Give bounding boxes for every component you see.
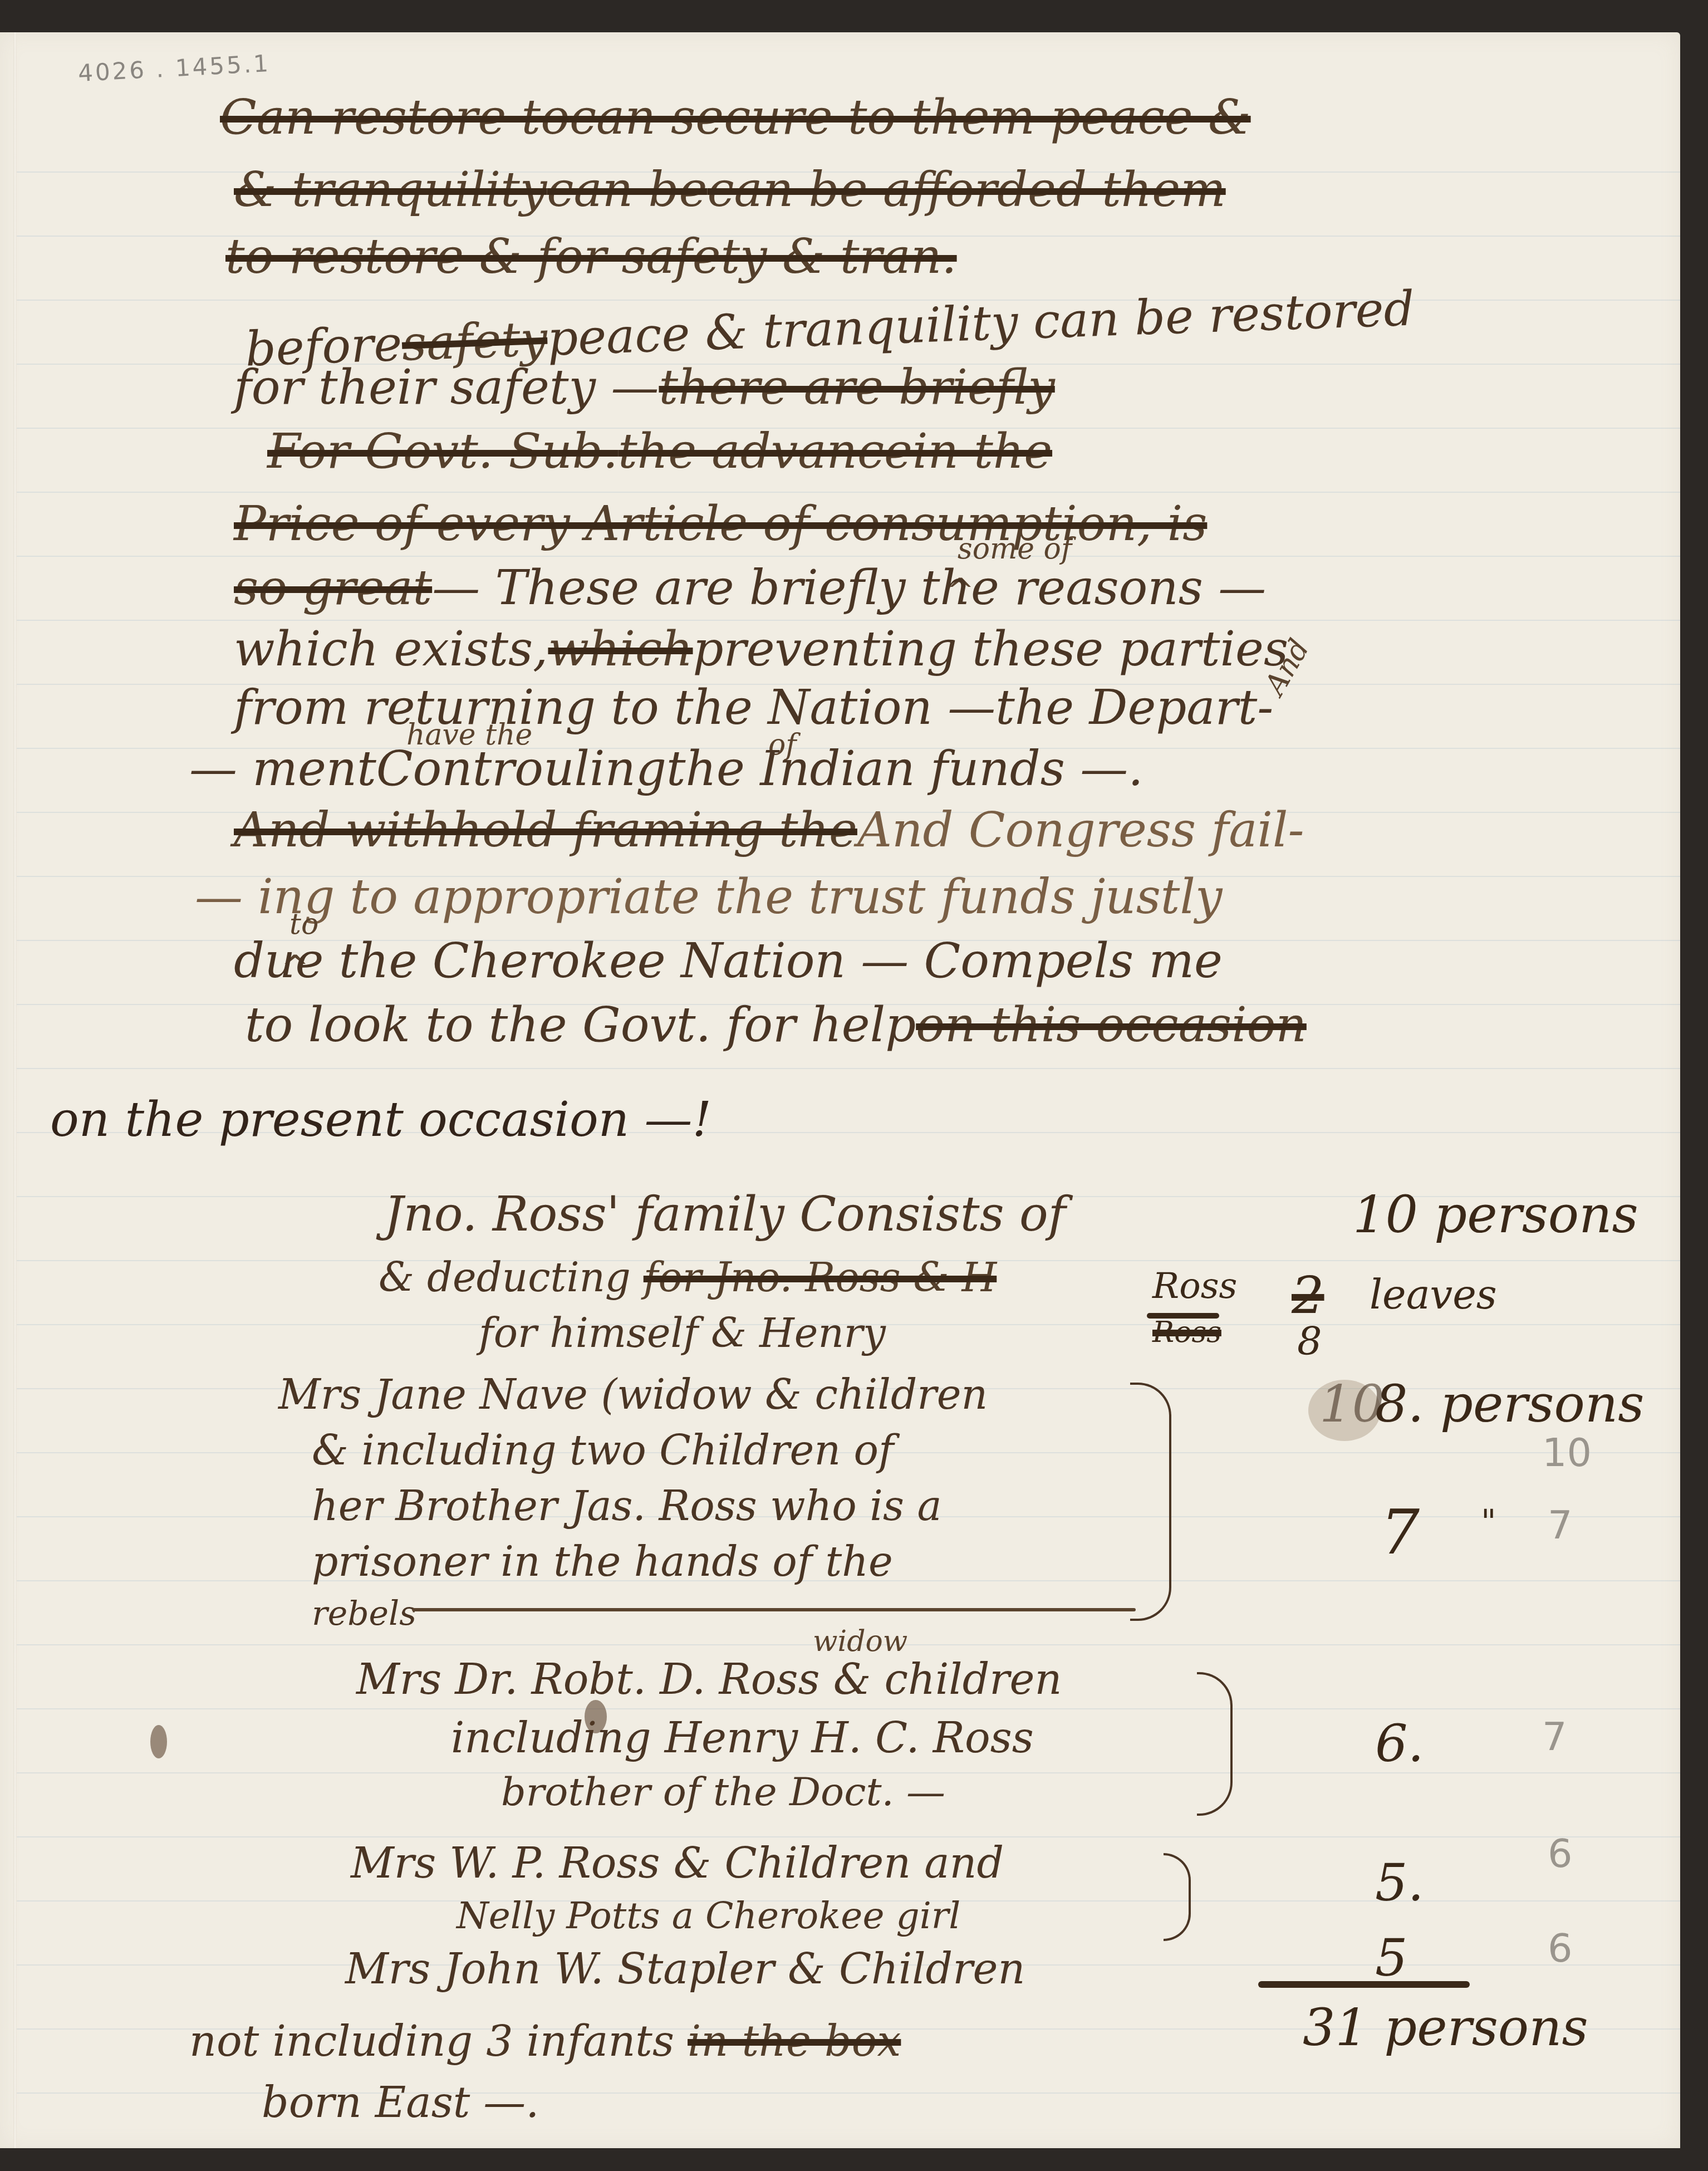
text: from returning to the Nation — — [234, 684, 995, 732]
text: — ing to appropriate the trust funds jus… — [195, 873, 1223, 921]
ditto-mark: " — [1481, 1502, 1496, 1541]
entry-4-count: 5 — [1375, 1928, 1408, 1988]
entry-3-brace — [1164, 1853, 1191, 1941]
body-line-14: due the Cherokee Nation — Compels me — [234, 937, 1223, 985]
text: preventing these parties — [693, 625, 1289, 673]
manuscript-page: 4026 . 1455.1 Can restore to can secure … — [0, 32, 1680, 2148]
body-line-3: to restore & for safety & tran. — [225, 233, 957, 281]
body-line-2: & tranquility can be can be afforded the… — [234, 166, 1226, 214]
entry-4-line-1: Mrs John W. Stapler & Children — [345, 1948, 1025, 1990]
struck-text: which — [548, 625, 693, 673]
family-header-count: 10 persons — [1353, 1185, 1638, 1244]
entry-1-rule — [412, 1608, 1136, 1611]
struck-text: For Govt. Sub. — [267, 428, 618, 476]
entry-2-brace — [1197, 1672, 1233, 1816]
entry-3-count: 5. — [1375, 1853, 1424, 1913]
struck-text: on this occasion — [916, 1001, 1307, 1049]
footnote-line-2: born East —. — [262, 2081, 539, 2124]
deduction-measure-struck: Ross — [1152, 1316, 1221, 1349]
family-total: 31 persons — [1303, 1998, 1588, 2057]
entry-2-line-2: including Henry H. C. Ross — [451, 1717, 1034, 1759]
struck-text: And withhold framing the — [234, 806, 857, 854]
entry-1-line-5: rebels — [312, 1597, 416, 1630]
text: — ment — [189, 745, 376, 793]
body-line-10: from returning to the Nation — the Depar… — [234, 684, 1273, 732]
body-line-13: — ing to appropriate the trust funds jus… — [195, 873, 1223, 921]
body-line-11: — ment Controuling the Indian funds —. — [189, 745, 1143, 793]
struck-text: can secure to them peace & — [570, 94, 1251, 141]
entry-4-pencil-revision: 6 — [1548, 1925, 1573, 1971]
struck-text: in the box — [688, 2020, 901, 2062]
deduction-result-label: leaves — [1370, 1271, 1497, 1318]
struck-text: can be — [547, 166, 707, 214]
page-fold — [13, 32, 17, 2148]
entry-2-pencil-revision: 7 — [1542, 1714, 1567, 1760]
struck-text: there are briefly — [659, 364, 1054, 411]
struck-text: can be afforded them — [707, 166, 1225, 214]
entry-2-line-1: Mrs Dr. Robt. D. Ross & children — [356, 1658, 1062, 1700]
footnote-line-1: not including 3 infants in the box — [189, 2020, 901, 2062]
catalog-number: 4026 . 1455.1 — [77, 50, 271, 87]
deduction-line-2: for himself & Henry — [479, 1313, 886, 1353]
entry-1-second-count: 7 — [1381, 1497, 1420, 1568]
text: And Congress fail- — [857, 806, 1304, 854]
entry-1-count: 8. persons — [1375, 1374, 1644, 1434]
text: due the Cherokee Nation — Compels me — [234, 937, 1223, 985]
text: & deducting — [379, 1257, 631, 1297]
text: peace & tranquility can be restored — [547, 285, 1415, 362]
struck-text: to restore & for safety & tran. — [225, 233, 957, 281]
struck-text: the advance — [618, 428, 912, 476]
entry-3-line-1: Mrs W. P. Ross & Children and — [351, 1842, 1004, 1884]
deduction-struck-value: 2 — [1292, 1266, 1324, 1325]
body-line-6: For Govt. Sub. the advance in the — [267, 428, 1052, 476]
entry-1-line-4: prisoner in the hands of the — [312, 1541, 893, 1582]
text: not including 3 infants — [189, 2020, 674, 2062]
deduction-line-1: & deducting for Jno. Ross & H — [379, 1257, 997, 1297]
body-line-1: Can restore to can secure to them peace … — [220, 94, 1251, 141]
body-line-5: for their safety — there are briefly — [234, 364, 1055, 411]
struck-text: in the — [912, 428, 1052, 476]
deduction-measure: Ross — [1152, 1266, 1237, 1307]
family-header: Jno. Ross' family Consists of — [384, 1190, 1066, 1238]
text: the Indian funds —. — [666, 745, 1143, 793]
text: to look to the Govt. for help — [245, 1001, 916, 1049]
text: on the present occasion —! — [50, 1096, 711, 1144]
sum-rule — [1258, 1981, 1470, 1988]
deduction-result-value: 8 — [1297, 1319, 1322, 1364]
ink-blot — [585, 1700, 607, 1733]
body-line-8: so great — These are briefly the reasons… — [234, 564, 1266, 612]
entry-1-line-3: her Brother Jas. Ross who is a — [312, 1486, 942, 1527]
struck-text: for Jno. Ross & H — [644, 1257, 997, 1297]
ruled-line — [17, 620, 1680, 621]
body-line-16: on the present occasion —! — [50, 1096, 711, 1144]
body-line-9: which exists, which preventing these par… — [234, 625, 1288, 673]
body-line-12: And withhold framing the And Congress fa… — [234, 806, 1304, 854]
ruled-line — [17, 492, 1680, 493]
text: — These are briefly the reasons — — [432, 564, 1266, 612]
entry-1-line-2: & including two Children of — [312, 1430, 894, 1471]
entry-1-second-pencil: 7 — [1548, 1502, 1573, 1548]
ruled-line — [17, 1068, 1680, 1069]
entry-2-count: 6. — [1375, 1714, 1424, 1773]
insertion-text: widow — [813, 1625, 907, 1658]
ink-blot — [150, 1725, 167, 1758]
entry-1-line-1: Mrs Jane Nave (widow & children — [278, 1374, 988, 1415]
entry-1-brace — [1130, 1383, 1171, 1621]
ruled-line — [17, 556, 1680, 557]
entry-1-pencil-revision: 10 — [1542, 1430, 1592, 1476]
entry-3-line-2: Nelly Potts a Cherokee girl — [457, 1898, 960, 1934]
struck-text: Can restore to — [220, 94, 570, 141]
text: for their safety — — [234, 364, 659, 411]
body-line-15: to look to the Govt. for help on this oc… — [245, 1001, 1307, 1049]
text: Controuling — [376, 745, 666, 793]
ruled-line — [17, 1836, 1680, 1837]
entry-2-line-3: brother of the Doct. — — [501, 1772, 945, 1811]
text: the Depart- — [995, 684, 1273, 732]
text: which exists, — [234, 625, 548, 673]
struck-text: & tranquility — [234, 166, 547, 214]
ruled-line — [17, 1708, 1680, 1709]
entry-3-pencil-revision: 6 — [1548, 1831, 1573, 1876]
struck-text: so great — [234, 564, 432, 612]
